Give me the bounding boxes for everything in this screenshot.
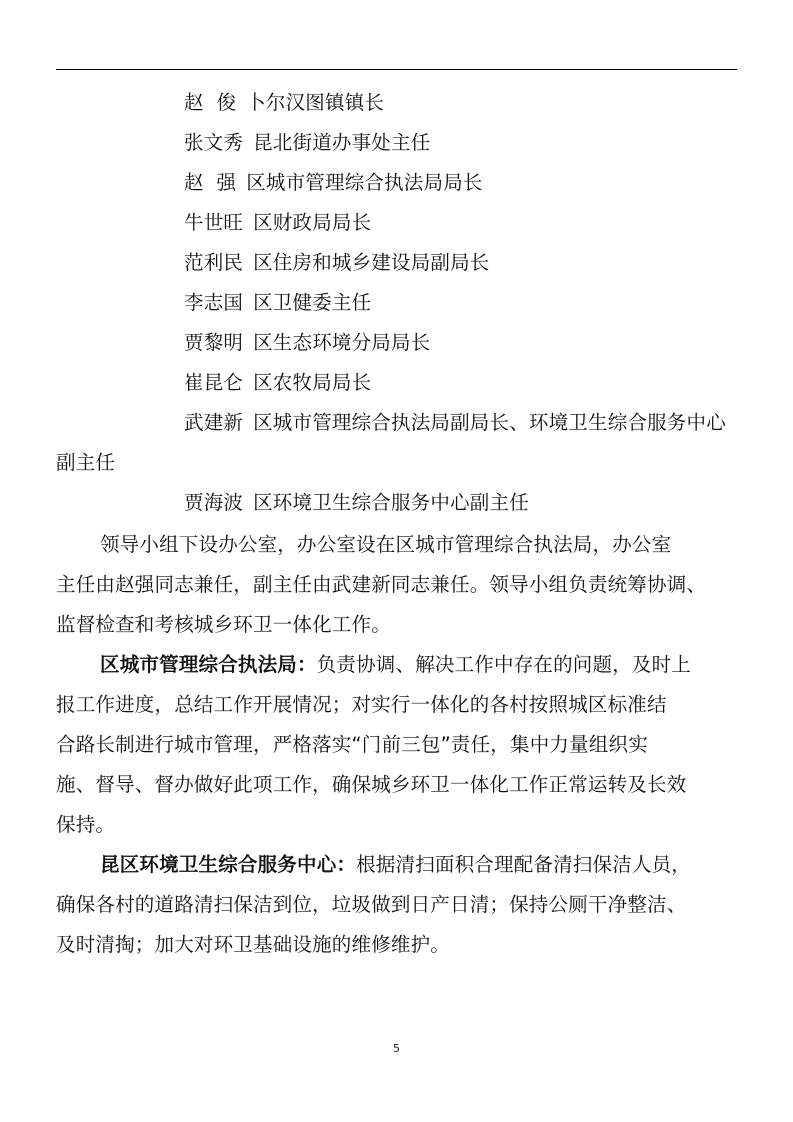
member-title: 区城市管理综合执法局局长 (246, 171, 482, 194)
member-title: 区卫健委主任 (253, 291, 371, 314)
enforcement-paragraph-line: 合路长制进行城市管理，严格落实“门前三包”责任，集中力量组织实 (56, 733, 648, 757)
member-title: 区城市管理综合执法局副局长、环境卫生综合服务中心 (253, 411, 726, 434)
enforcement-paragraph-first-line: 区城市管理综合执法局：负责协调、解决工作中存在的问题，及时上 (100, 653, 691, 677)
member-title: 区农牧局局长 (253, 371, 371, 394)
member-name: 贾黎明 (184, 331, 243, 355)
enforcement-heading: 区城市管理综合执法局： (100, 653, 317, 676)
member-line: 张文秀昆北街道办事处主任 (184, 131, 430, 155)
header-rule (56, 69, 737, 70)
member-title: 卜尔汉图镇镇长 (246, 91, 384, 114)
member-name: 范利民 (184, 251, 243, 275)
member-line: 范利民区住房和城乡建设局副局长 (184, 251, 490, 275)
member-name: 牛世旺 (184, 211, 243, 235)
office-paragraph-line: 监督检查和考核城乡环卫一体化工作。 (56, 613, 391, 637)
office-paragraph-line: 领导小组下设办公室，办公室设在区城市管理综合执法局，办公室 (100, 533, 671, 557)
member-line: 贾黎明区生态环境分局局长 (184, 331, 430, 355)
member-line: 赵 俊卜尔汉图镇镇长 (184, 91, 384, 115)
member-line: 崔昆仑区农牧局局长 (184, 371, 371, 395)
office-paragraph-line: 主任由赵强同志兼任，副主任由武建新同志兼任。领导小组负责统筹协调、 (56, 573, 706, 597)
member-title: 区财政局局长 (253, 211, 371, 234)
sanitation-text: 根据清扫面积合理配备清扫保洁人员， (356, 853, 691, 876)
enforcement-paragraph-line: 施、督导、督办做好此项工作，确保城乡环卫一体化工作正常运转及长效 (56, 773, 686, 797)
member-name: 赵 俊 (184, 91, 236, 115)
member-title: 昆北街道办事处主任 (253, 131, 430, 154)
member-line: 牛世旺区财政局局长 (184, 211, 371, 235)
member-line: 李志国区卫健委主任 (184, 291, 371, 315)
sanitation-heading: 昆区环境卫生综合服务中心： (100, 853, 356, 876)
sanitation-paragraph-line: 确保各村的道路清扫保洁到位，垃圾做到日产日清；保持公厕干净整洁、 (56, 893, 686, 917)
member-title: 区环境卫生综合服务中心副主任 (253, 491, 529, 514)
member-title: 区住房和城乡建设局副局长 (253, 251, 489, 274)
member-line: 贾海波区环境卫生综合服务中心副主任 (184, 491, 529, 515)
member-line: 武建新区城市管理综合执法局副局长、环境卫生综合服务中心 (184, 411, 726, 435)
enforcement-paragraph-line: 报工作进度，总结工作开展情况；对实行一体化的各村按照城区标准结 (56, 693, 667, 717)
sanitation-paragraph-first-line: 昆区环境卫生综合服务中心：根据清扫面积合理配备清扫保洁人员， (100, 853, 691, 877)
member-title-continuation: 副主任 (56, 451, 115, 475)
member-name: 张文秀 (184, 131, 243, 155)
member-name: 贾海波 (184, 491, 243, 515)
page-number: 5 (0, 1042, 793, 1055)
enforcement-paragraph-line: 保持。 (56, 813, 115, 837)
enforcement-text: 负责协调、解决工作中存在的问题，及时上 (317, 653, 691, 676)
sanitation-paragraph-line: 及时清掏；加大对环卫基础设施的维修维护。 (56, 933, 450, 957)
member-name: 崔昆仑 (184, 371, 243, 395)
member-name: 李志国 (184, 291, 243, 315)
member-line: 赵 强区城市管理综合执法局局长 (184, 171, 483, 195)
member-title: 区生态环境分局局长 (253, 331, 430, 354)
member-name: 武建新 (184, 411, 243, 435)
member-name: 赵 强 (184, 171, 236, 195)
